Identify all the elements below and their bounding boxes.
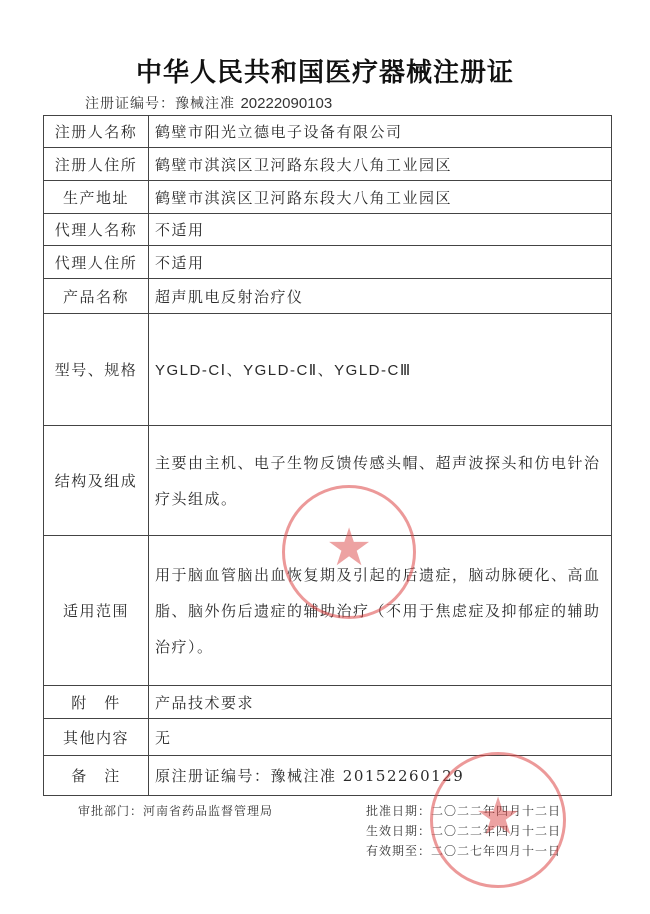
registrant-name: 鹤壁市阳光立德电子设备有限公司: [149, 116, 612, 148]
row-label: 代理人住所: [44, 246, 149, 279]
registration-number-label: 注册证编号：: [85, 96, 175, 112]
row-label: 代理人名称: [44, 214, 149, 246]
registration-number-line: 注册证编号：豫械注准 20222090103: [85, 93, 332, 113]
scope-of-application: 用于脑血管脑出血恢复期及引起的后遗症，脑动脉硬化、高血脂、脑外伤后遗症的辅助治疗…: [149, 536, 612, 686]
attachments: 产品技术要求: [149, 686, 612, 719]
other-content: 无: [149, 719, 612, 756]
registrant-address: 鹤壁市淇滨区卫河路东段大八角工业园区: [149, 148, 612, 181]
row-label: 产品名称: [44, 279, 149, 314]
remarks: 原注册证编号：豫械注准 20152260129: [149, 756, 612, 796]
table-row: 代理人名称 不适用: [44, 214, 612, 246]
structure-composition: 主要由主机、电子生物反馈传感头帽、超声波探头和仿电针治疗头组成。: [149, 426, 612, 536]
row-label: 备 注: [44, 756, 149, 796]
table-row: 生产地址 鹤壁市淇滨区卫河路东段大八角工业园区: [44, 181, 612, 214]
agent-address: 不适用: [149, 246, 612, 279]
model-spec: YGLD-CⅠ、YGLD-CⅡ、YGLD-CⅢ: [149, 314, 612, 426]
table-row: 注册人住所 鹤壁市淇滨区卫河路东段大八角工业园区: [44, 148, 612, 181]
valid-until-date: 有效期至：二〇二七年四月十一日: [366, 842, 561, 859]
row-label: 生产地址: [44, 181, 149, 214]
product-name: 超声肌电反射治疗仪: [149, 279, 612, 314]
row-label: 结构及组成: [44, 426, 149, 536]
row-label: 注册人住所: [44, 148, 149, 181]
registration-number: 20222090103: [240, 95, 332, 112]
table-row: 产品名称 超声肌电反射治疗仪: [44, 279, 612, 314]
row-label: 注册人名称: [44, 116, 149, 148]
row-label: 适用范围: [44, 536, 149, 686]
table-row: 附 件 产品技术要求: [44, 686, 612, 719]
production-address: 鹤壁市淇滨区卫河路东段大八角工业园区: [149, 181, 612, 214]
agent-name: 不适用: [149, 214, 612, 246]
approval-department: 审批部门：河南省药品监督管理局: [78, 802, 273, 819]
effective-date: 生效日期：二〇二二年四月十二日: [366, 822, 561, 839]
certificate-title: 中华人民共和国医疗器械注册证: [0, 52, 650, 89]
row-label: 附 件: [44, 686, 149, 719]
registration-number-prefix: 豫械注准: [175, 96, 240, 112]
table-row: 结构及组成 主要由主机、电子生物反馈传感头帽、超声波探头和仿电针治疗头组成。: [44, 426, 612, 536]
row-label: 型号、规格: [44, 314, 149, 426]
row-label: 其他内容: [44, 719, 149, 756]
certificate-table: 注册人名称 鹤壁市阳光立德电子设备有限公司 注册人住所 鹤壁市淇滨区卫河路东段大…: [43, 115, 612, 796]
table-row: 备 注 原注册证编号：豫械注准 20152260129: [44, 756, 612, 796]
table-row: 型号、规格 YGLD-CⅠ、YGLD-CⅡ、YGLD-CⅢ: [44, 314, 612, 426]
table-row: 注册人名称 鹤壁市阳光立德电子设备有限公司: [44, 116, 612, 148]
table-row: 代理人住所 不适用: [44, 246, 612, 279]
approval-date: 批准日期：二〇二二年四月十二日: [366, 802, 561, 819]
table-row: 适用范围 用于脑血管脑出血恢复期及引起的后遗症，脑动脉硬化、高血脂、脑外伤后遗症…: [44, 536, 612, 686]
table-row: 其他内容 无: [44, 719, 612, 756]
